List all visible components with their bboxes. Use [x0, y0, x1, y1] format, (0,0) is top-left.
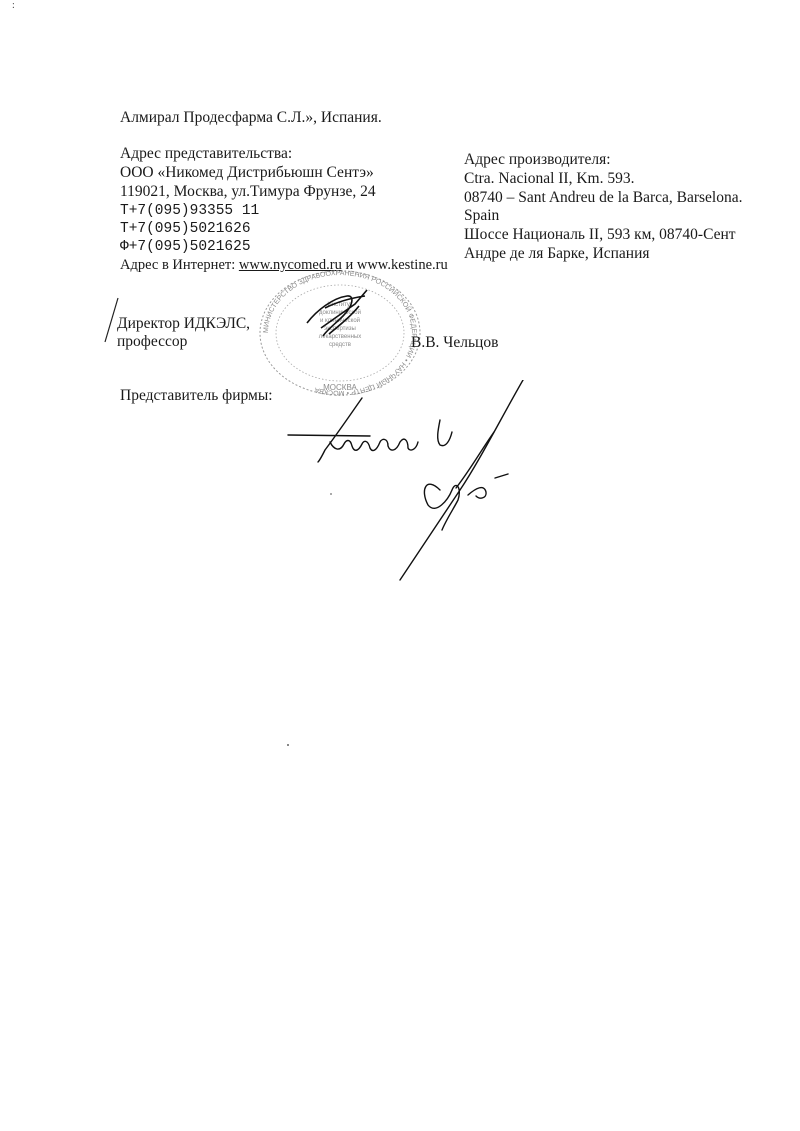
director-role: профессор: [117, 333, 187, 352]
rep-address-label: Адрес представительства:: [120, 145, 292, 164]
representative-signature-icon: [280, 380, 540, 590]
director-name: В.В. Чельцов: [411, 334, 498, 353]
mfr-line-3: Spain: [464, 207, 499, 226]
rep-fax: Ф+7(095)5021625: [120, 238, 251, 257]
director-title: Директор ИДКЭЛС,: [117, 315, 250, 334]
mfr-line-1: Ctra. Nacional II, Km. 593.: [464, 170, 634, 189]
scan-speck: [287, 744, 289, 746]
rep-phone-1: Т+7(095)93355 11: [120, 202, 259, 221]
rep-street: 119021, Москва, ул.Тимура Фрунзе, 24: [120, 183, 376, 202]
svg-text:лекарственных: лекарственных: [319, 334, 361, 340]
official-stamp: МИНИСТЕРСТВО ЗДРАВООХРАНЕНИЯ РОССИЙСКОЙ …: [255, 268, 425, 398]
rep-company: ООО «Никомед Дистрибьюшн Сентэ»: [120, 164, 374, 183]
mfr-line-5: Андре де ля Барке, Испания: [464, 245, 650, 264]
mfr-line-2: 08740 – Sant Andreu de la Barca, Barselo…: [464, 189, 743, 208]
firm-representative-label: Представитель фирмы:: [120, 387, 273, 406]
stamp-outer-text: МИНИСТЕРСТВО ЗДРАВООХРАНЕНИЯ РОССИЙСКОЙ …: [263, 270, 417, 396]
mfr-line-4: Шоссе Националь II, 593 км, 08740-Сент: [464, 226, 736, 245]
mfr-address-label: Адрес производителя:: [464, 151, 611, 170]
rep-phone-2: Т+7(095)5021626: [120, 220, 251, 239]
svg-text:МИНИСТЕРСТВО ЗДРАВООХРАНЕНИЯ Р: МИНИСТЕРСТВО ЗДРАВООХРАНЕНИЯ РОССИЙСКОЙ …: [263, 270, 417, 396]
internet-label: Адрес в Интернет:: [120, 257, 235, 273]
scan-speck: [330, 493, 332, 495]
svg-text:средств: средств: [329, 342, 351, 348]
page-mark: :: [12, 0, 15, 11]
header-line: Алмирал Продесфарма С.Л.», Испания.: [120, 109, 382, 128]
